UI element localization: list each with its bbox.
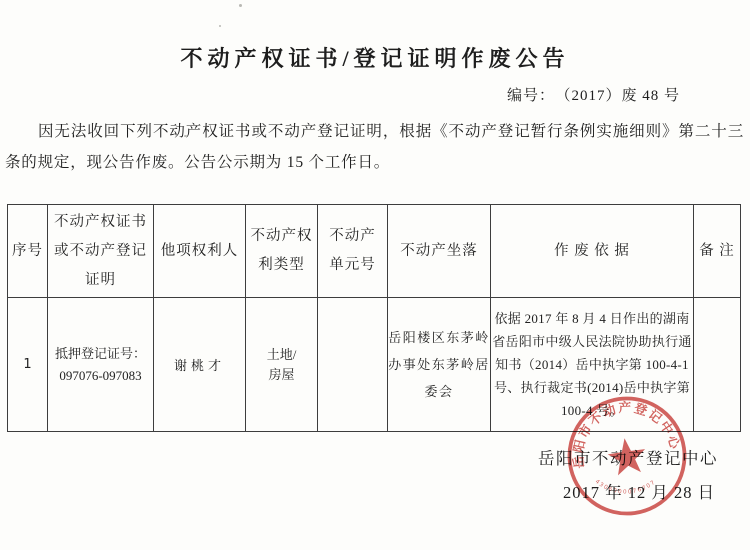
header-cell-holder: 他项权利人 [154, 205, 246, 298]
issuing-org: 岳阳市不动产登记中心 [538, 445, 718, 469]
header-cell-seq: 序号 [8, 205, 48, 298]
doc-number-label: 编号： [507, 88, 555, 104]
header-cell-note: 备 注 [694, 205, 741, 298]
header-cell-basis: 作 废 依 据 [491, 205, 694, 298]
cell-unit-number [318, 298, 388, 432]
header-cell-cert: 不动产权证书 或不动产登记 证明 [48, 205, 154, 298]
cell-holder: 谢桃才 [154, 298, 246, 432]
scan-speck [184, 135, 187, 137]
cell-seq: 1 [8, 298, 48, 432]
scan-speck [219, 25, 221, 27]
table-header-row: 序号 不动产权证书 或不动产登记 证明 他项权利人 不动产权 利类型 不动产 单… [8, 205, 741, 298]
invalidation-table: 序号 不动产权证书 或不动产登记 证明 他项权利人 不动产权 利类型 不动产 单… [7, 204, 741, 432]
cell-basis: 依据 2017 年 8 月 4 日作出的湖南省岳阳市中级人民法院协助执行通知书（… [491, 298, 694, 432]
issue-date: 2017 年 12 月 28 日 [563, 479, 715, 503]
announcement-body: 因无法收回下列不动产权证书或不动产登记证明，根据《不动产登记暂行条例实施细则》第… [5, 116, 744, 178]
cell-note [694, 298, 741, 432]
document-page: 不动产权证书/登记证明作废公告 编号：（2017）废 48 号 因无法收回下列不… [0, 0, 750, 550]
cell-location: 岳阳楼区东茅岭 办事处东茅岭居 委会 [388, 298, 491, 432]
header-cell-type: 不动产权 利类型 [246, 205, 318, 298]
header-cell-location: 不动产坐落 [388, 205, 491, 298]
header-cell-unit: 不动产 单元号 [318, 205, 388, 298]
scan-speck [239, 4, 242, 7]
page-title: 不动产权证书/登记证明作废公告 [0, 42, 750, 73]
doc-number-value: （2017）废 48 号 [563, 88, 680, 104]
cell-certificate: 抵押登记证号： 097076-097083 [48, 298, 154, 432]
cell-right-type: 土地/ 房屋 [246, 298, 318, 432]
table-row: 1 抵押登记证号： 097076-097083 谢桃才 土地/ 房屋 岳阳楼区东… [8, 298, 741, 432]
doc-number: 编号：（2017）废 48 号 [507, 84, 680, 105]
